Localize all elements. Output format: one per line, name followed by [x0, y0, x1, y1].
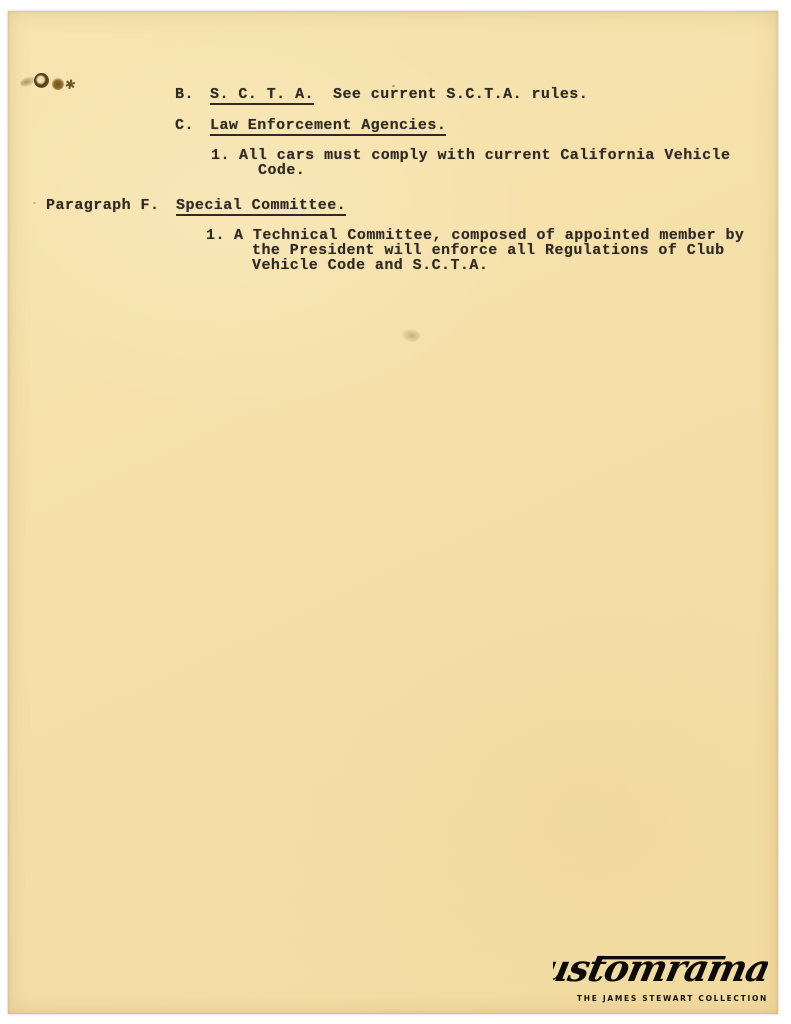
paragraph-f1-line3: Vehicle Code and S.C.T.A.: [252, 258, 488, 273]
paragraph-f-heading: Special Committee.: [176, 198, 346, 216]
staple-star-mark: ✱: [62, 78, 79, 95]
kustomrama-script-logo: Kustomrama: [553, 941, 768, 993]
paper-speck: [512, 152, 514, 154]
watermark-subtitle: THE JAMES STEWART COLLECTION: [553, 994, 768, 1003]
paper-stain-mark: [401, 328, 421, 344]
paragraph-f-label: Paragraph F.: [46, 198, 159, 213]
paragraph-f1-number: 1.: [206, 228, 225, 243]
scanned-document-page: { "document": { "item_b": { "label": "B.…: [0, 0, 791, 1024]
paper-speck: [392, 85, 395, 87]
item-c1-line2: Code.: [258, 163, 305, 178]
item-c-heading: Law Enforcement Agencies.: [210, 118, 446, 136]
item-b-label: B.: [175, 87, 194, 102]
item-c-label: C.: [175, 118, 194, 133]
paragraph-f1-line2: the President will enforce all Regulatio…: [252, 243, 725, 258]
item-b-text: See current S.C.T.A. rules.: [333, 87, 588, 102]
kustomrama-watermark: Kustomrama THE JAMES STEWART COLLECTION: [553, 941, 768, 1003]
watermark-brand-text: Kustomrama: [553, 946, 768, 990]
paper-sheet: ✱ B. S. C. T. A. See current S.C.T.A. ru…: [8, 11, 778, 1014]
paragraph-f1-line1: A Technical Committee, composed of appoi…: [234, 228, 744, 243]
item-c1-number: 1.: [211, 148, 230, 163]
paper-speck: [33, 202, 36, 204]
item-c1-line1: All cars must comply with current Califo…: [239, 148, 730, 163]
staple-hole-mark: [34, 73, 49, 88]
item-b-heading: S. C. T. A.: [210, 87, 314, 105]
